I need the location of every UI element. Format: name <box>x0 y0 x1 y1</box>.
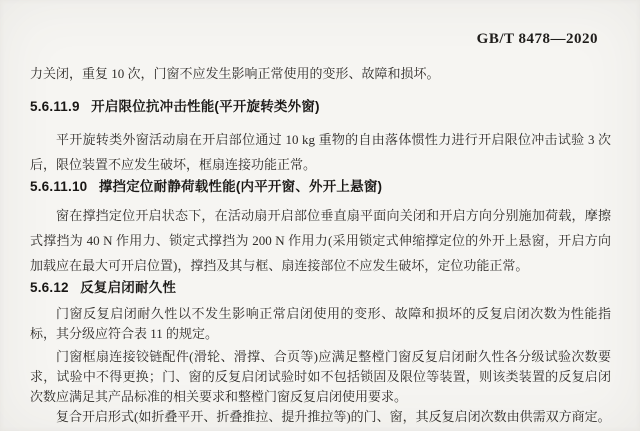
clause-heading-5-6-11-10: 5.6.11.10撑挡定位耐静荷载性能(内平开窗、外开上悬窗) <box>30 179 611 195</box>
clause-title: 撑挡定位耐静荷载性能(内平开窗、外开上悬窗) <box>99 179 382 194</box>
clause-paragraph: 平开旋转类外窗活动扇在开启部位通过 10 kg 重物的自由落体惯性力进行开启限位… <box>30 127 611 177</box>
clause-paragraph: 复合开启形式(如折叠平开、折叠推拉、提升推拉等)的门、窗，其反复启闭次数由供需双… <box>30 407 611 427</box>
clause-paragraph: 门窗框扇连接铰链配件(滑轮、滑撑、合页等)应满足整樘门窗反复启闭耐久性各分级试验… <box>30 347 611 407</box>
clause-paragraph: 门窗反复启闭耐久性以不发生影响正常启闭使用的变形、故障和损坏的反复启闭次数为性能… <box>30 304 611 344</box>
clause-number: 5.6.11.10 <box>30 179 87 194</box>
standard-code-header: GB/T 8478—2020 <box>30 0 611 48</box>
clause-heading-5-6-12: 5.6.12反复启闭耐久性 <box>30 280 611 296</box>
clause-paragraph: 窗在撑挡定位开启状态下，在活动扇开启部位垂直扇平面向关闭和开启方向分别施加荷载，… <box>30 203 611 278</box>
continuation-paragraph: 力关闭，重复 10 次，门窗不应发生影响正常使用的变形、故障和损坏。 <box>30 61 611 86</box>
clause-number: 5.6.12 <box>30 280 69 295</box>
clause-title: 反复启闭耐久性 <box>80 280 176 295</box>
document-page: GB/T 8478—2020 力关闭，重复 10 次，门窗不应发生影响正常使用的… <box>0 0 640 431</box>
clause-number: 5.6.11.9 <box>30 99 80 114</box>
clause-title: 开启限位抗冲击性能(平开旋转类外窗) <box>91 99 320 114</box>
clause-heading-5-6-11-9: 5.6.11.9开启限位抗冲击性能(平开旋转类外窗) <box>30 99 611 115</box>
